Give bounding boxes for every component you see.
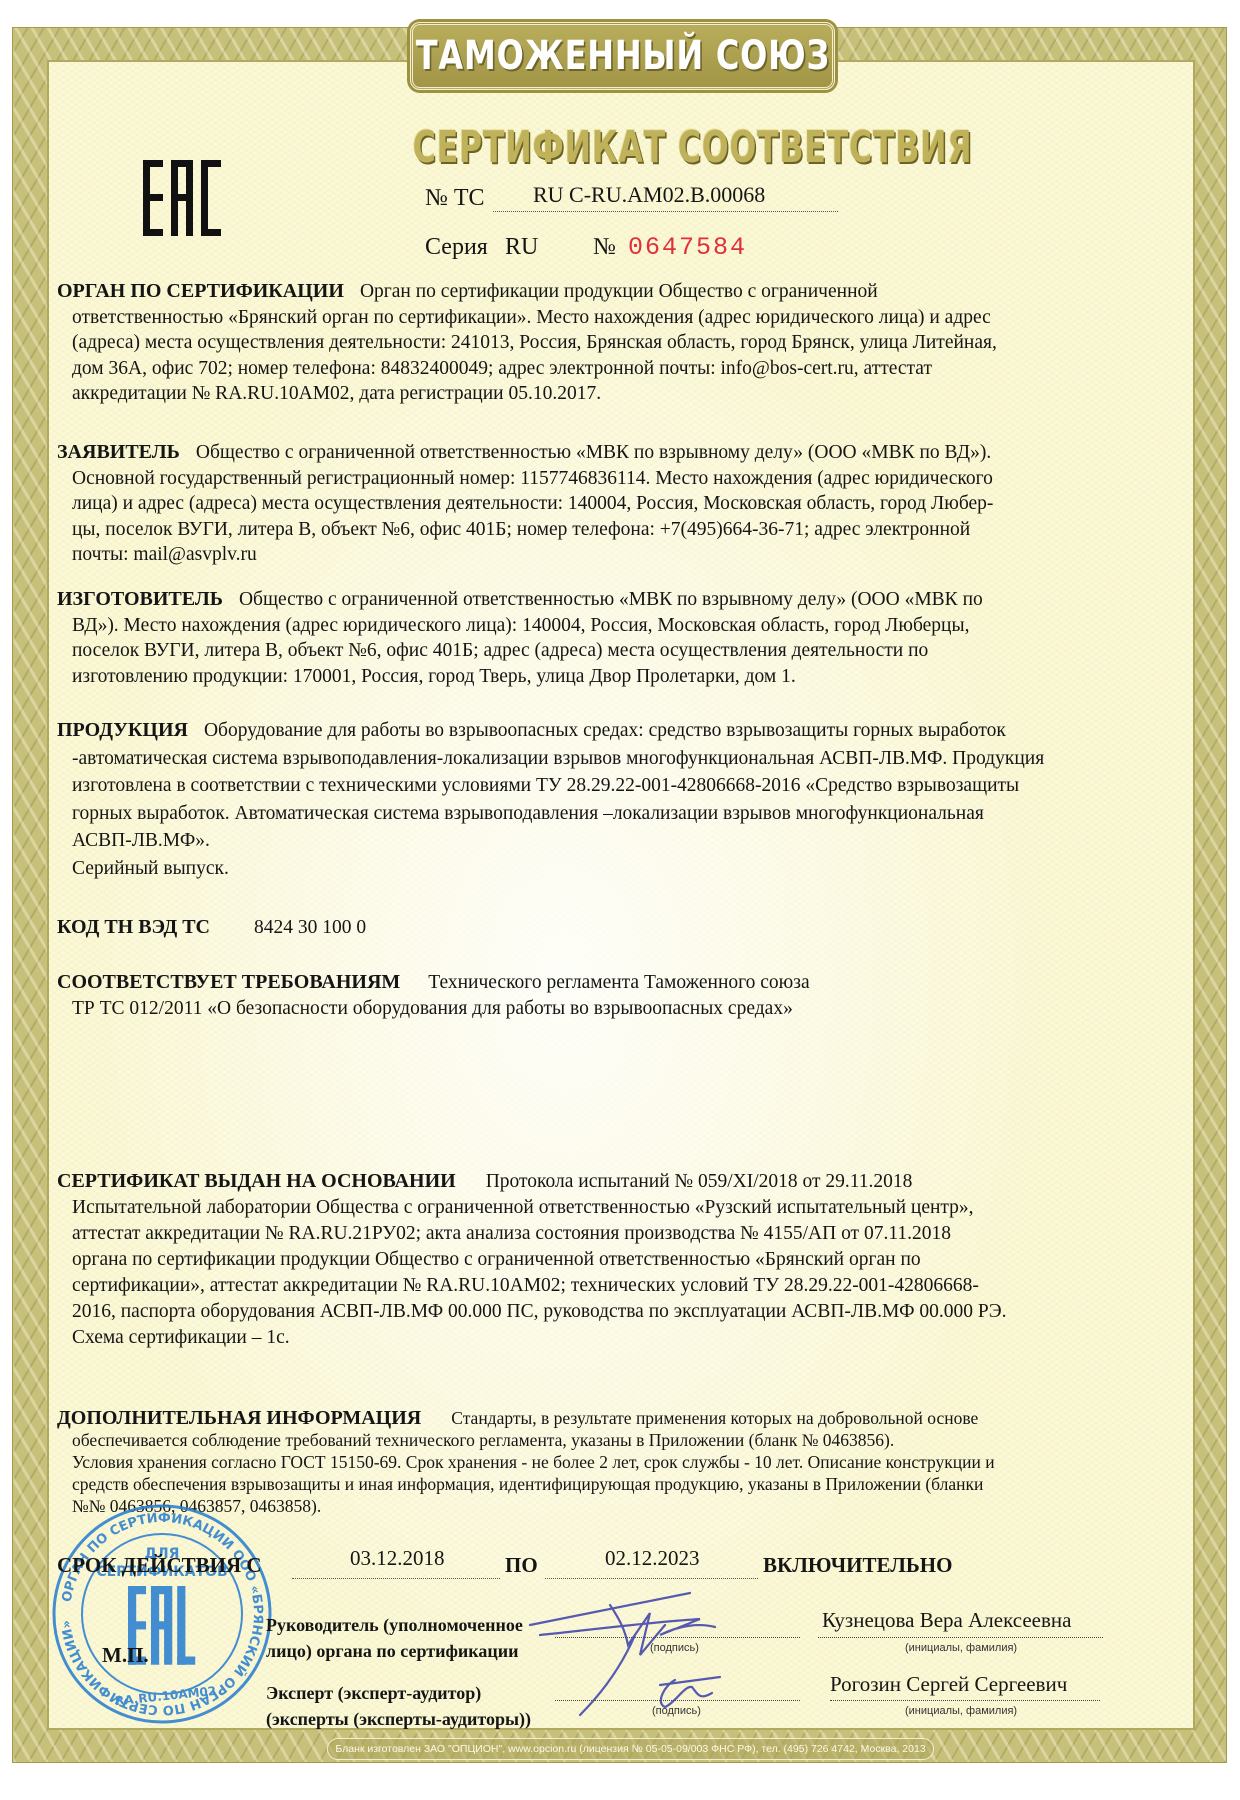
handwritten-signatures-icon	[460, 1575, 800, 1725]
section-hs-code: КОД ТН ВЭД ТС8424 30 100 0	[57, 915, 1190, 941]
tc-number: RU C-RU.AM02.B.00068	[533, 182, 765, 208]
section-certification-body: ОРГАН ПО СЕРТИФИКАЦИИОрган по сертификац…	[57, 279, 1190, 407]
stamp-ring-text: ОРГАН ПО СЕРТИФИКАЦИИ ООО «БРЯНСКИЙ ОРГА…	[59, 1511, 265, 1717]
head-name-line	[818, 1637, 1103, 1638]
certification-body-stamp: ОРГАН ПО СЕРТИФИКАЦИИ ООО «БРЯНСКИЙ ОРГА…	[48, 1500, 276, 1728]
product-heading: ПРОДУКЦИЯ	[57, 719, 188, 741]
head-name: Кузнецова Вера Алексеевна	[822, 1608, 1071, 1633]
validity-from-date: 03.12.2018	[350, 1546, 445, 1571]
hs-code-heading: КОД ТН ВЭД ТС	[57, 916, 210, 938]
blank-serial-number: 0647584	[628, 233, 747, 262]
series-label: Серия	[425, 234, 488, 261]
svg-text:ОРГАН ПО СЕРТИФИКАЦИИ ООО «БРЯ: ОРГАН ПО СЕРТИФИКАЦИИ ООО «БРЯНСКИЙ ОРГА…	[59, 1511, 265, 1717]
certification-body-heading: ОРГАН ПО СЕРТИФИКАЦИИ	[57, 280, 344, 302]
hs-code-value: 8424 30 100 0	[254, 917, 366, 938]
customs-union-badge: ТАМОЖЕННЫЙ СОЮЗ	[410, 22, 835, 90]
customs-union-title: ТАМОЖЕННЫЙ СОЮЗ	[415, 33, 829, 79]
section-manufacturer: ИЗГОТОВИТЕЛЬОбщество с ограниченной отве…	[57, 587, 1190, 689]
expert-name-caption: (инициалы, фамилия)	[905, 1705, 1017, 1717]
certificate-title: СЕРТИФИКАТ СООТВЕТСТВИЯ	[413, 122, 838, 173]
validity-to-date: 02.12.2023	[605, 1546, 700, 1571]
series-value: RU	[505, 234, 538, 261]
validity-from-label: СРОК ДЕЙСТВИЯ С	[57, 1553, 262, 1578]
issued-basis-heading: СЕРТИФИКАТ ВЫДАН НА ОСНОВАНИИ	[57, 1170, 456, 1192]
tc-number-label: № ТС	[425, 185, 485, 212]
section-product: ПРОДУКЦИЯОборудование для работы во взры…	[57, 717, 1190, 882]
section-applicant: ЗАЯВИТЕЛЬОбщество с ограниченной ответст…	[57, 440, 1190, 568]
blank-number-label: №	[593, 234, 616, 261]
manufacturer-heading: ИЗГОТОВИТЕЛЬ	[57, 588, 223, 610]
additional-info-heading: ДОПОЛНИТЕЛЬНАЯ ИНФОРМАЦИЯ	[57, 1407, 421, 1429]
head-name-caption: (инициалы, фамилия)	[905, 1642, 1017, 1654]
applicant-heading: ЗАЯВИТЕЛЬ	[57, 441, 180, 463]
printer-footer: Бланк изготовлен ЗАО "ОПЦИОН", www.opcio…	[327, 1738, 934, 1760]
expert-name-line	[830, 1700, 1100, 1701]
eac-logo-icon	[143, 160, 221, 236]
stamp-place-label: М.П.	[102, 1643, 149, 1668]
conforms-to-heading: СООТВЕТСТВУЕТ ТРЕБОВАНИЯМ	[57, 971, 400, 993]
section-conforms-to: СООТВЕТСТВУЕТ ТРЕБОВАНИЯМТехнического ре…	[57, 970, 1190, 1021]
tc-number-underline	[493, 211, 838, 212]
expert-name: Рогозин Сергей Сергеевич	[830, 1672, 1067, 1697]
section-issued-basis: СЕРТИФИКАТ ВЫДАН НА ОСНОВАНИИПротокола и…	[57, 1168, 1190, 1351]
